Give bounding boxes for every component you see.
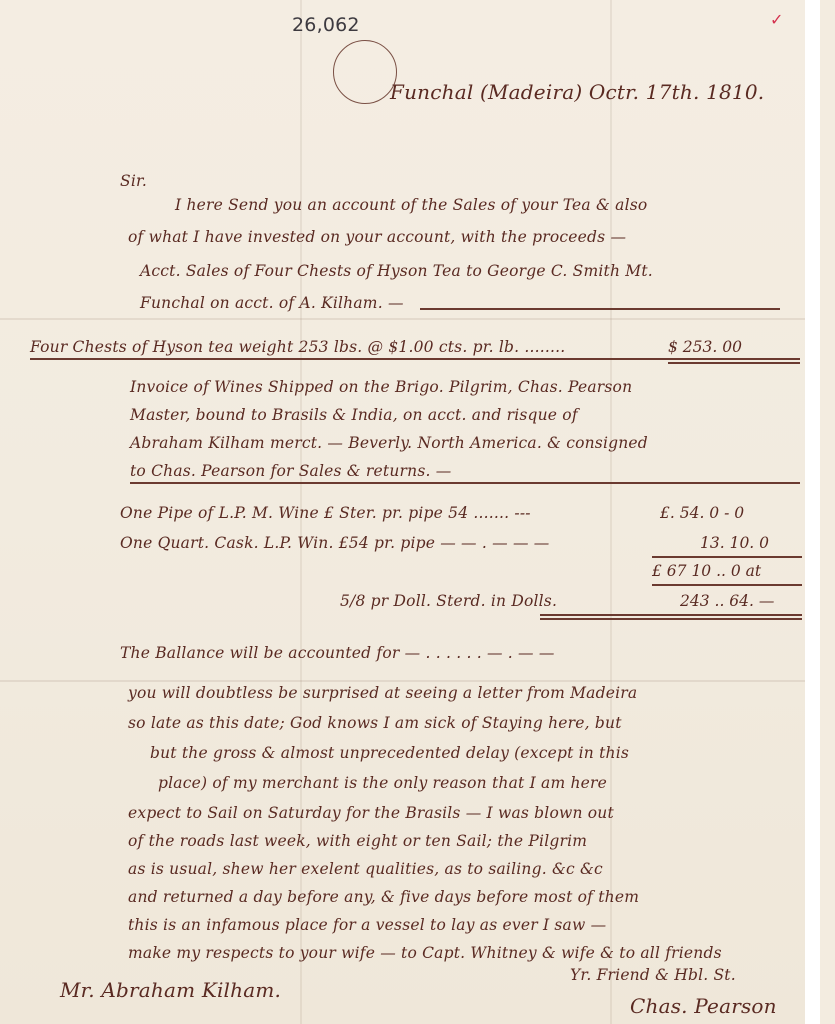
paper-fold — [0, 318, 820, 320]
tea-sale-description: Four Chests of Hyson tea weight 253 lbs.… — [30, 338, 565, 356]
divider — [652, 556, 802, 558]
body-line: you will doubtless be surprised at seein… — [128, 684, 637, 702]
addressee: Mr. Abraham Kilham. — [60, 978, 281, 1002]
invoice-item-description: One Quart. Cask. L.P. Win. £54 pr. pipe … — [120, 534, 550, 552]
double-underline — [668, 362, 800, 364]
flourish-icon — [333, 40, 397, 104]
body-line: place) of my merchant is the only reason… — [158, 774, 607, 792]
invoice-heading-line: to Chas. Pearson for Sales & returns. — — [130, 462, 451, 480]
balance-line: The Ballance will be accounted for — . .… — [120, 644, 555, 662]
invoice-total: £ 67 10 .. 0 at — [652, 562, 761, 580]
body-line: but the gross & almost unprecedented del… — [150, 744, 629, 762]
scan-edge — [805, 0, 820, 1024]
invoice-item-amount: 13. 10. 0 — [700, 534, 769, 552]
intro-line: I here Send you an account of the Sales … — [175, 196, 647, 214]
body-line: so late as this date; God knows I am sic… — [128, 714, 622, 732]
body-line: expect to Sail on Saturday for the Brasi… — [128, 804, 614, 822]
invoice-heading-line: Abraham Kilham merct. — Beverly. North A… — [130, 434, 648, 452]
signature: Chas. Pearson — [630, 994, 777, 1018]
check-mark-icon: ✓ — [770, 10, 783, 29]
archive-number: 26,062 — [292, 14, 360, 36]
closing: Yr. Friend & Hbl. St. — [570, 966, 736, 984]
letter-page: 26,062 ✓ Funchal (Madeira) Octr. 17th. 1… — [0, 0, 820, 1024]
conversion-rate: 5/8 pr Doll. Sterd. in Dolls. — [340, 592, 557, 610]
paper-fold — [0, 680, 820, 682]
body-line: as is usual, shew her exelent qualities,… — [128, 860, 603, 878]
paper-fold — [610, 0, 612, 1024]
divider — [652, 584, 802, 586]
invoice-heading-line: Master, bound to Brasils & India, on acc… — [130, 406, 578, 424]
conversion-amount: 243 .. 64. — — [680, 592, 774, 610]
intro-line: of what I have invested on your account,… — [128, 228, 626, 246]
place-date: Funchal (Madeira) Octr. 17th. 1810. — [390, 80, 764, 104]
intro-line: Funchal on acct. of A. Kilham. — — [140, 294, 404, 312]
double-underline — [540, 614, 802, 616]
salutation: Sir. — [120, 172, 147, 190]
double-underline — [540, 618, 802, 620]
invoice-heading-line: Invoice of Wines Shipped on the Brigo. P… — [130, 378, 632, 396]
invoice-item-amount: £. 54. 0 - 0 — [660, 504, 744, 522]
body-line: of the roads last week, with eight or te… — [128, 832, 587, 850]
body-line: make my respects to your wife — to Capt.… — [128, 944, 722, 962]
intro-line: Acct. Sales of Four Chests of Hyson Tea … — [140, 262, 653, 280]
invoice-item-description: One Pipe of L.P. M. Wine £ Ster. pr. pip… — [120, 504, 531, 522]
tea-sale-amount: $ 253. 00 — [668, 338, 742, 356]
body-line: this is an infamous place for a vessel t… — [128, 916, 606, 934]
body-line: and returned a day before any, & five da… — [128, 888, 639, 906]
divider — [420, 308, 780, 310]
divider — [30, 358, 800, 360]
divider — [130, 482, 800, 484]
